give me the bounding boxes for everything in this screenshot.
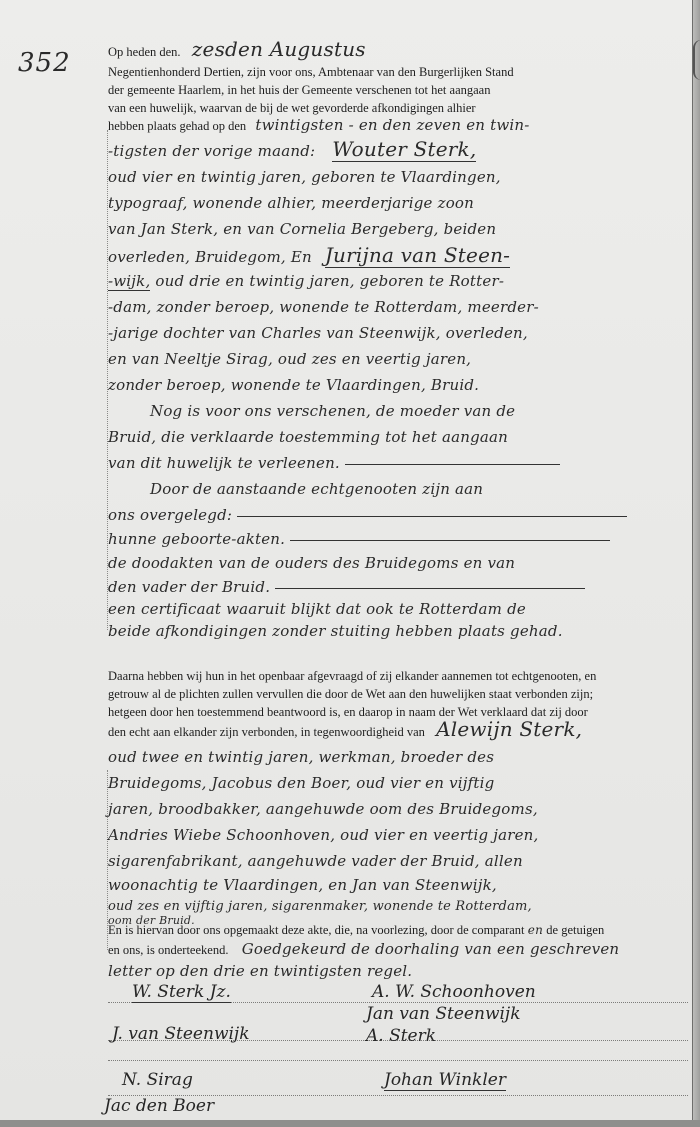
fill-rule (345, 464, 560, 465)
closing-line-2: getrouw al de plichten zullen vervullen … (108, 685, 593, 703)
body-line-8: -jarige dochter van Charles van Steenwij… (108, 324, 528, 342)
page-bottom-edge (0, 1120, 700, 1127)
final-line-2: en ons, is onderteekend. Goedgekeurd de … (108, 940, 619, 959)
body-line-19: een certificaat waaruit blijkt dat ook t… (108, 600, 526, 618)
approval-note: Goedgekeurd de doorhaling van een geschr… (242, 940, 620, 958)
body-line-6: -wijk, oud drie en twintig jaren, gebore… (108, 272, 504, 290)
signature-witness-jan-van-steenwijk: Jan van Steenwijk (366, 1004, 521, 1024)
witness-line-6: woonachtig te Vlaardingen, en Jan van St… (108, 876, 497, 894)
signature-groom: W. Sterk Jz. (132, 982, 231, 1003)
date-day-month: zesden Augustus (192, 37, 366, 61)
body-line-17: de doodakten van de ouders des Bruidegom… (108, 554, 515, 572)
certificate-page: 352 Op heden den. zesden Augustus Negent… (0, 0, 692, 1120)
body-line-13: van dit huwelijk te verleenen. (108, 454, 560, 472)
witness-line-4: Andries Wiebe Schoonhoven, oud vier en v… (108, 826, 539, 844)
signature-witness-schoonhoven: A. W. Schoonhoven (372, 982, 536, 1002)
witness-line-3: jaren, broodbakker, aangehuwde oom des B… (108, 800, 538, 818)
body-line-1: -tigsten der vorige maand: Wouter Sterk, (108, 140, 476, 160)
signature-registrar: Johan Winkler (384, 1070, 506, 1091)
witness-1-name: Alewijn Sterk, (436, 717, 582, 741)
header-line-5: hebben plaats gehad op den twintigsten -… (108, 116, 530, 135)
body-line-9: en van Neeltje Sirag, oud zes en veertig… (108, 350, 471, 368)
fill-rule (275, 588, 585, 589)
closing-line-1: Daarna hebben wij hun in het openbaar af… (108, 667, 596, 685)
body-line-14: Door de aanstaande echtgenooten zijn aan (150, 480, 483, 498)
groom-name: Wouter Sterk, (332, 137, 476, 162)
fill-rule (237, 516, 627, 517)
body-line-2: oud vier en twintig jaren, geboren te Vl… (108, 168, 501, 186)
bride-name: Jurijna van Steen- (325, 243, 510, 268)
signature-witness-jac-den-boer: Jac den Boer (104, 1096, 214, 1116)
header-line-3: der gemeente Haarlem, in het huis der Ge… (108, 81, 490, 99)
body-line-10: zonder beroep, wonende te Vlaardingen, B… (108, 376, 479, 394)
body-line-15: ons overgelegd: (108, 506, 627, 524)
body-line-20: beide afkondigingen zonder stuiting hebb… (108, 622, 563, 640)
header-line-2: Negentienhonderd Dertien, zijn voor ons,… (108, 63, 514, 81)
witness-line-1: oud twee en twintig jaren, werkman, broe… (108, 748, 494, 766)
body-line-18: den vader der Bruid. (108, 578, 585, 596)
final-line-1: En is hiervan door ons opgemaakt deze ak… (108, 921, 604, 939)
witness-line-2: Bruidegoms, Jacobus den Boer, oud vier e… (108, 774, 494, 792)
binding-curl (693, 40, 700, 80)
act-number: 352 (18, 48, 71, 78)
final-line-3: letter op den drie en twintigsten regel. (108, 962, 412, 980)
signature-bride: J. van Steenwijk (112, 1024, 250, 1044)
signature-rule (108, 1060, 688, 1061)
body-line-12: Bruid, die verklaarde toestemming tot he… (108, 428, 508, 446)
closing-line-4: den echt aan elkander zijn verbonden, in… (108, 720, 582, 741)
body-line-16: hunne geboorte-akten. (108, 530, 610, 548)
signature-witness-a-sterk: A. Sterk (366, 1026, 436, 1046)
header-line-4: van een huwelijk, waarvan de bij de wet … (108, 99, 476, 117)
body-line-4: van Jan Sterk, en van Cornelia Bergeberg… (108, 220, 496, 238)
proclamation-dates: twintigsten - en den zeven en twin- (255, 116, 529, 134)
header-line-1: Op heden den. zesden Augustus (108, 40, 366, 61)
body-line-7: -dam, zonder beroep, wonende te Rotterda… (108, 298, 539, 316)
signature-mother-bride: N. Sirag (122, 1070, 193, 1090)
body-line-11: Nog is voor ons verschenen, de moeder va… (150, 402, 515, 420)
page-edge (692, 0, 700, 1127)
body-line-3: typograaf, wonende alhier, meerderjarige… (108, 194, 474, 212)
body-line-5: overleden, Bruidegom, En Jurijna van Ste… (108, 246, 510, 266)
fill-rule (290, 540, 610, 541)
witness-line-5: sigarenfabrikant, aangehuwde vader der B… (108, 852, 523, 870)
